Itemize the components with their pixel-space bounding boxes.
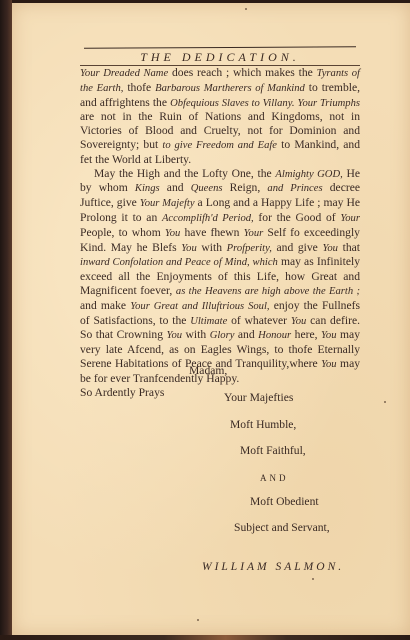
- italic-text: You: [167, 330, 183, 341]
- italic-text: Obfequious Slaves to Villany.: [170, 98, 294, 109]
- italic-text: as the Heavens are high above the Earth …: [176, 286, 360, 297]
- paragraph: May the High and the Lofty One, the Almi…: [80, 167, 360, 386]
- paper-speck: [197, 619, 199, 621]
- closing-line: Moft Faithful,: [240, 444, 306, 457]
- italic-text: Your Great and Illuftrious Soul,: [130, 301, 269, 312]
- roman-text: have fhewn: [180, 226, 243, 239]
- roman-text: here,: [291, 328, 321, 341]
- roman-text: for the Good of: [254, 211, 341, 224]
- roman-text: Reign,: [223, 181, 268, 194]
- roman-text: that: [338, 241, 360, 254]
- italic-text: You: [321, 359, 337, 370]
- italic-text: Queens: [191, 183, 223, 194]
- italic-text: Accomplifh'd Period,: [162, 213, 254, 224]
- closing-line: Subject and Servant,: [234, 521, 330, 534]
- paper-speck: [312, 578, 314, 580]
- roman-text: does reach ; which makes the: [168, 66, 316, 79]
- closing-line: Your Majefties: [224, 391, 293, 404]
- roman-text: with: [197, 241, 227, 254]
- page-bottom-edge: [0, 635, 410, 640]
- roman-text: and: [234, 328, 258, 341]
- italic-text: You: [322, 243, 338, 254]
- italic-text: and Princes: [267, 183, 322, 194]
- roman-text: So Ardently Prays: [80, 386, 164, 399]
- paragraph: Your Dreaded Name does reach ; which mak…: [80, 66, 360, 167]
- roman-text: and give: [272, 241, 323, 254]
- italic-text: Honour: [258, 330, 291, 341]
- roman-text: of whatever: [227, 314, 291, 327]
- roman-text: and make: [80, 299, 130, 312]
- italic-text: Your Triumphs: [298, 98, 360, 109]
- roman-text: and: [160, 181, 191, 194]
- dedication-body: Your Dreaded Name does reach ; which mak…: [80, 66, 360, 399]
- italic-text: Almighty GOD,: [275, 169, 342, 180]
- closing-line: Moft Humble,: [230, 418, 296, 431]
- paper-speck: [384, 401, 386, 403]
- italic-text: Your: [244, 228, 264, 239]
- italic-text: You: [165, 228, 181, 239]
- italic-text: Your Dreaded Name: [80, 68, 168, 79]
- book-spine-edge: [0, 0, 12, 640]
- closing-conjunction: AND: [260, 473, 289, 483]
- closing-line: Moft Obedient: [250, 495, 319, 508]
- italic-text: You: [321, 330, 337, 341]
- italic-text: Barbarous Martherers of Mankind: [155, 83, 305, 94]
- paper-speck: [245, 8, 247, 10]
- italic-text: inward Confolation and Peace of Mind, wh…: [80, 257, 278, 268]
- italic-text: You: [181, 243, 197, 254]
- roman-text: thofe: [123, 81, 155, 94]
- signature: WILLIAM SALMON.: [202, 561, 344, 573]
- roman-text: May the High and the Lofty One, the: [94, 167, 275, 180]
- italic-text: Ultimate: [190, 316, 227, 327]
- italic-text: Glory: [210, 330, 235, 341]
- italic-text: Your Majefty: [140, 198, 195, 209]
- italic-text: Profperity,: [227, 243, 272, 254]
- italic-text: Your: [340, 213, 360, 224]
- paragraph: So Ardently Prays: [80, 386, 360, 400]
- salutation: Madam,: [189, 364, 227, 377]
- italic-text: You: [291, 316, 307, 327]
- italic-text: to give Freedom and Eafe: [162, 140, 277, 151]
- roman-text: People, to whom: [80, 226, 165, 239]
- roman-text: with: [182, 328, 210, 341]
- italic-text: Kings: [135, 183, 160, 194]
- running-head: THE DEDICATION.: [80, 50, 360, 65]
- scanned-page: THE DEDICATION. Your Dreaded Name does r…: [0, 0, 410, 640]
